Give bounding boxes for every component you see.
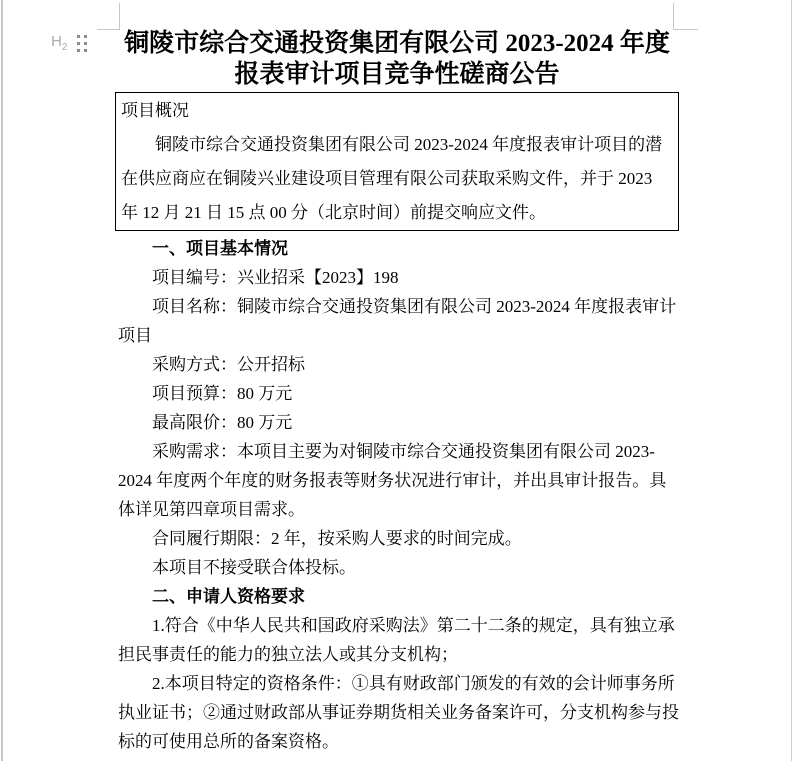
- document-body: 一、项目基本情况 项目编号：兴业招采【2023】198 项目名称：铜陵市综合交通…: [118, 234, 683, 756]
- paragraph-contract-term: 合同履行期限：2 年，按采购人要求的时间完成。: [118, 524, 683, 553]
- project-overview-box: 项目概况 铜陵市综合交通投资集团有限公司 2023-2024 年度报表审计项目的…: [115, 92, 679, 231]
- document-content: 铜陵市综合交通投资集团有限公司 2023-2024 年度 报表审计项目竞争性磋商…: [0, 0, 794, 756]
- paragraph-project-budget: 项目预算：80 万元: [118, 379, 683, 408]
- overview-heading: 项目概况: [121, 94, 670, 128]
- paragraph-procurement-method: 采购方式：公开招标: [118, 350, 683, 379]
- section-heading: 二、申请人资格要求: [118, 582, 683, 611]
- paragraph-qualification-2: 2.本项目特定的资格条件：①具有财政部门颁发的有效的会计师事务所执业证书；②通过…: [118, 669, 683, 756]
- title-line-1: 铜陵市综合交通投资集团有限公司 2023-2024 年度: [50, 28, 744, 59]
- title-line-2: 报表审计项目竞争性磋商公告: [50, 59, 744, 90]
- paragraph-project-number: 项目编号：兴业招采【2023】198: [118, 263, 683, 292]
- paragraph-project-name: 项目名称：铜陵市综合交通投资集团有限公司 2023-2024 年度报表审计项目: [118, 292, 683, 350]
- paragraph-price-cap: 最高限价：80 万元: [118, 408, 683, 437]
- overview-text: 铜陵市综合交通投资集团有限公司 2023-2024 年度报表审计项目的潜在供应商…: [121, 128, 670, 230]
- paragraph-procurement-requirements: 采购需求：本项目主要为对铜陵市综合交通投资集团有限公司 2023-2024 年度…: [118, 437, 683, 524]
- document-page: H2 铜陵市综合交通投资集团有限公司 2023-2024 年度 报表审计项目竞争…: [0, 0, 794, 761]
- document-title: 铜陵市综合交通投资集团有限公司 2023-2024 年度 报表审计项目竞争性磋商…: [50, 28, 744, 90]
- paragraph-qualification-1: 1.符合《中华人民共和国政府采购法》第二十二条的规定，具有独立承担民事责任的能力…: [118, 611, 683, 669]
- paragraph-no-consortium: 本项目不接受联合体投标。: [118, 553, 683, 582]
- section-heading: 一、项目基本情况: [118, 234, 683, 263]
